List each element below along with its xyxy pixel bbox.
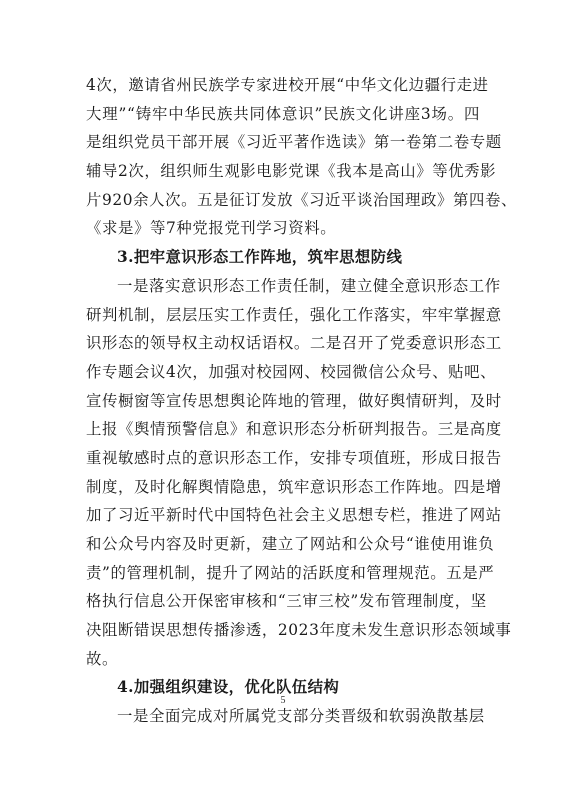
text-line: 辅导2次，组织师生观影电影党课《我本是高山》等优秀影	[86, 157, 480, 186]
text-line: 《求是》等7种党报党刊学习资料。	[86, 214, 480, 243]
text-line: 是组织党员干部开展《习近平著作选读》第一卷第二卷专题	[86, 128, 480, 157]
text-line: 上报《舆情预警信息》和意识形态分析研判报告。三是高度	[86, 415, 480, 444]
text-line: 片920余人次。五是征订发放《习近平谈治国理政》第四卷、	[86, 186, 480, 215]
text-line: 研判机制，层层压实工作责任，强化工作落实，牢牢掌握意	[86, 301, 480, 330]
text-line: 决阻断错误思想传播渗透，2023年度未发生意识形态领域事	[86, 616, 480, 645]
text-line: 4次，邀请省州民族学专家进校开展“中华文化边疆行走进	[86, 71, 480, 100]
text-line: 和公众号内容及时更新，建立了网站和公众号“谁使用谁负	[86, 530, 480, 559]
section-3-heading: 3.把牢意识形态工作阵地，筑牢思想防线	[86, 243, 480, 272]
text-line: 责”的管理机制，提升了网站的活跃度和管理规范。五是严	[86, 559, 480, 588]
text-line: 作专题会议4次，加强对校园网、校园微信公众号、贴吧、	[86, 358, 480, 387]
page-number: 5	[0, 695, 566, 706]
text-line: 大理”“铸牢中华民族共同体意识”民族文化讲座3场。四	[86, 100, 480, 129]
text-line: 一是全面完成对所属党支部分类晋级和软弱涣散基层	[86, 702, 480, 731]
text-line: 加了习近平新时代中国特色社会主义思想专栏，推进了网站	[86, 501, 480, 530]
text-line: 重视敏感时点的意识形态工作，安排专项值班，形成日报告	[86, 444, 480, 473]
text-line: 故。	[86, 645, 480, 674]
text-line: 制度，及时化解舆情隐患，筑牢意识形态工作阵地。四是增	[86, 473, 480, 502]
document-page: 4次，邀请省州民族学专家进校开展“中华文化边疆行走进 大理”“铸牢中华民族共同体…	[86, 71, 480, 731]
text-line: 一是落实意识形态工作责任制，建立健全意识形态工作	[86, 272, 480, 301]
text-line: 宣传橱窗等宣传思想舆论阵地的管理，做好舆情研判，及时	[86, 387, 480, 416]
text-line: 识形态的领导权主动权话语权。二是召开了党委意识形态工	[86, 329, 480, 358]
text-line: 格执行信息公开保密审核和“三审三校”发布管理制度，坚	[86, 587, 480, 616]
